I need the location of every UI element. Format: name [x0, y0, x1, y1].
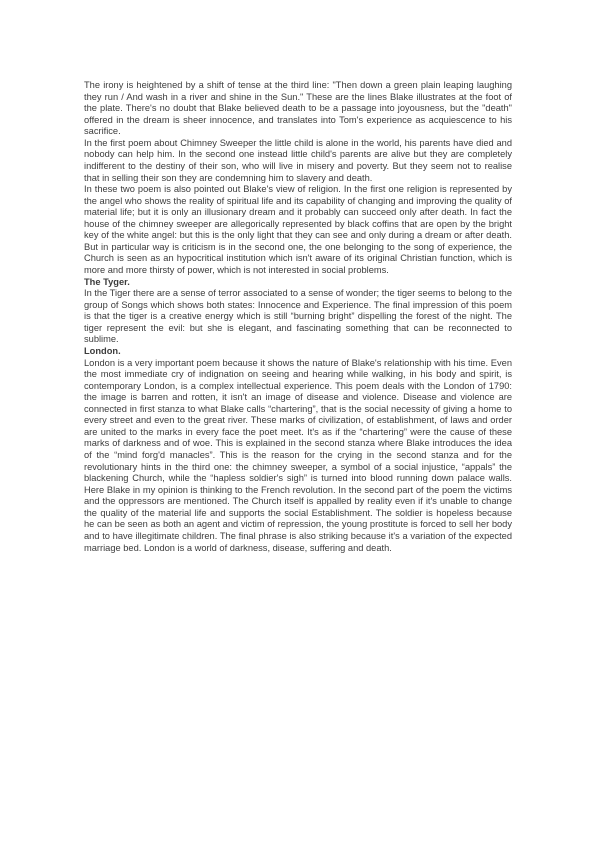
paragraph-london: London is a very important poem because …: [84, 358, 512, 555]
document-page: The irony is heightened by a shift of te…: [0, 0, 596, 842]
heading-london: London.: [84, 346, 512, 358]
paragraph-chimney-sweeper-comparison: In the first poem about Chimney Sweeper …: [84, 138, 512, 184]
document-content: The irony is heightened by a shift of te…: [84, 80, 512, 554]
paragraph-the-tyger: In the Tiger there are a sense of terror…: [84, 288, 512, 346]
heading-the-tyger: The Tyger.: [84, 277, 512, 289]
paragraph-irony-shift-of-tense: The irony is heightened by a shift of te…: [84, 80, 512, 138]
paragraph-view-of-religion: In these two poem is also pointed out Bl…: [84, 184, 512, 277]
